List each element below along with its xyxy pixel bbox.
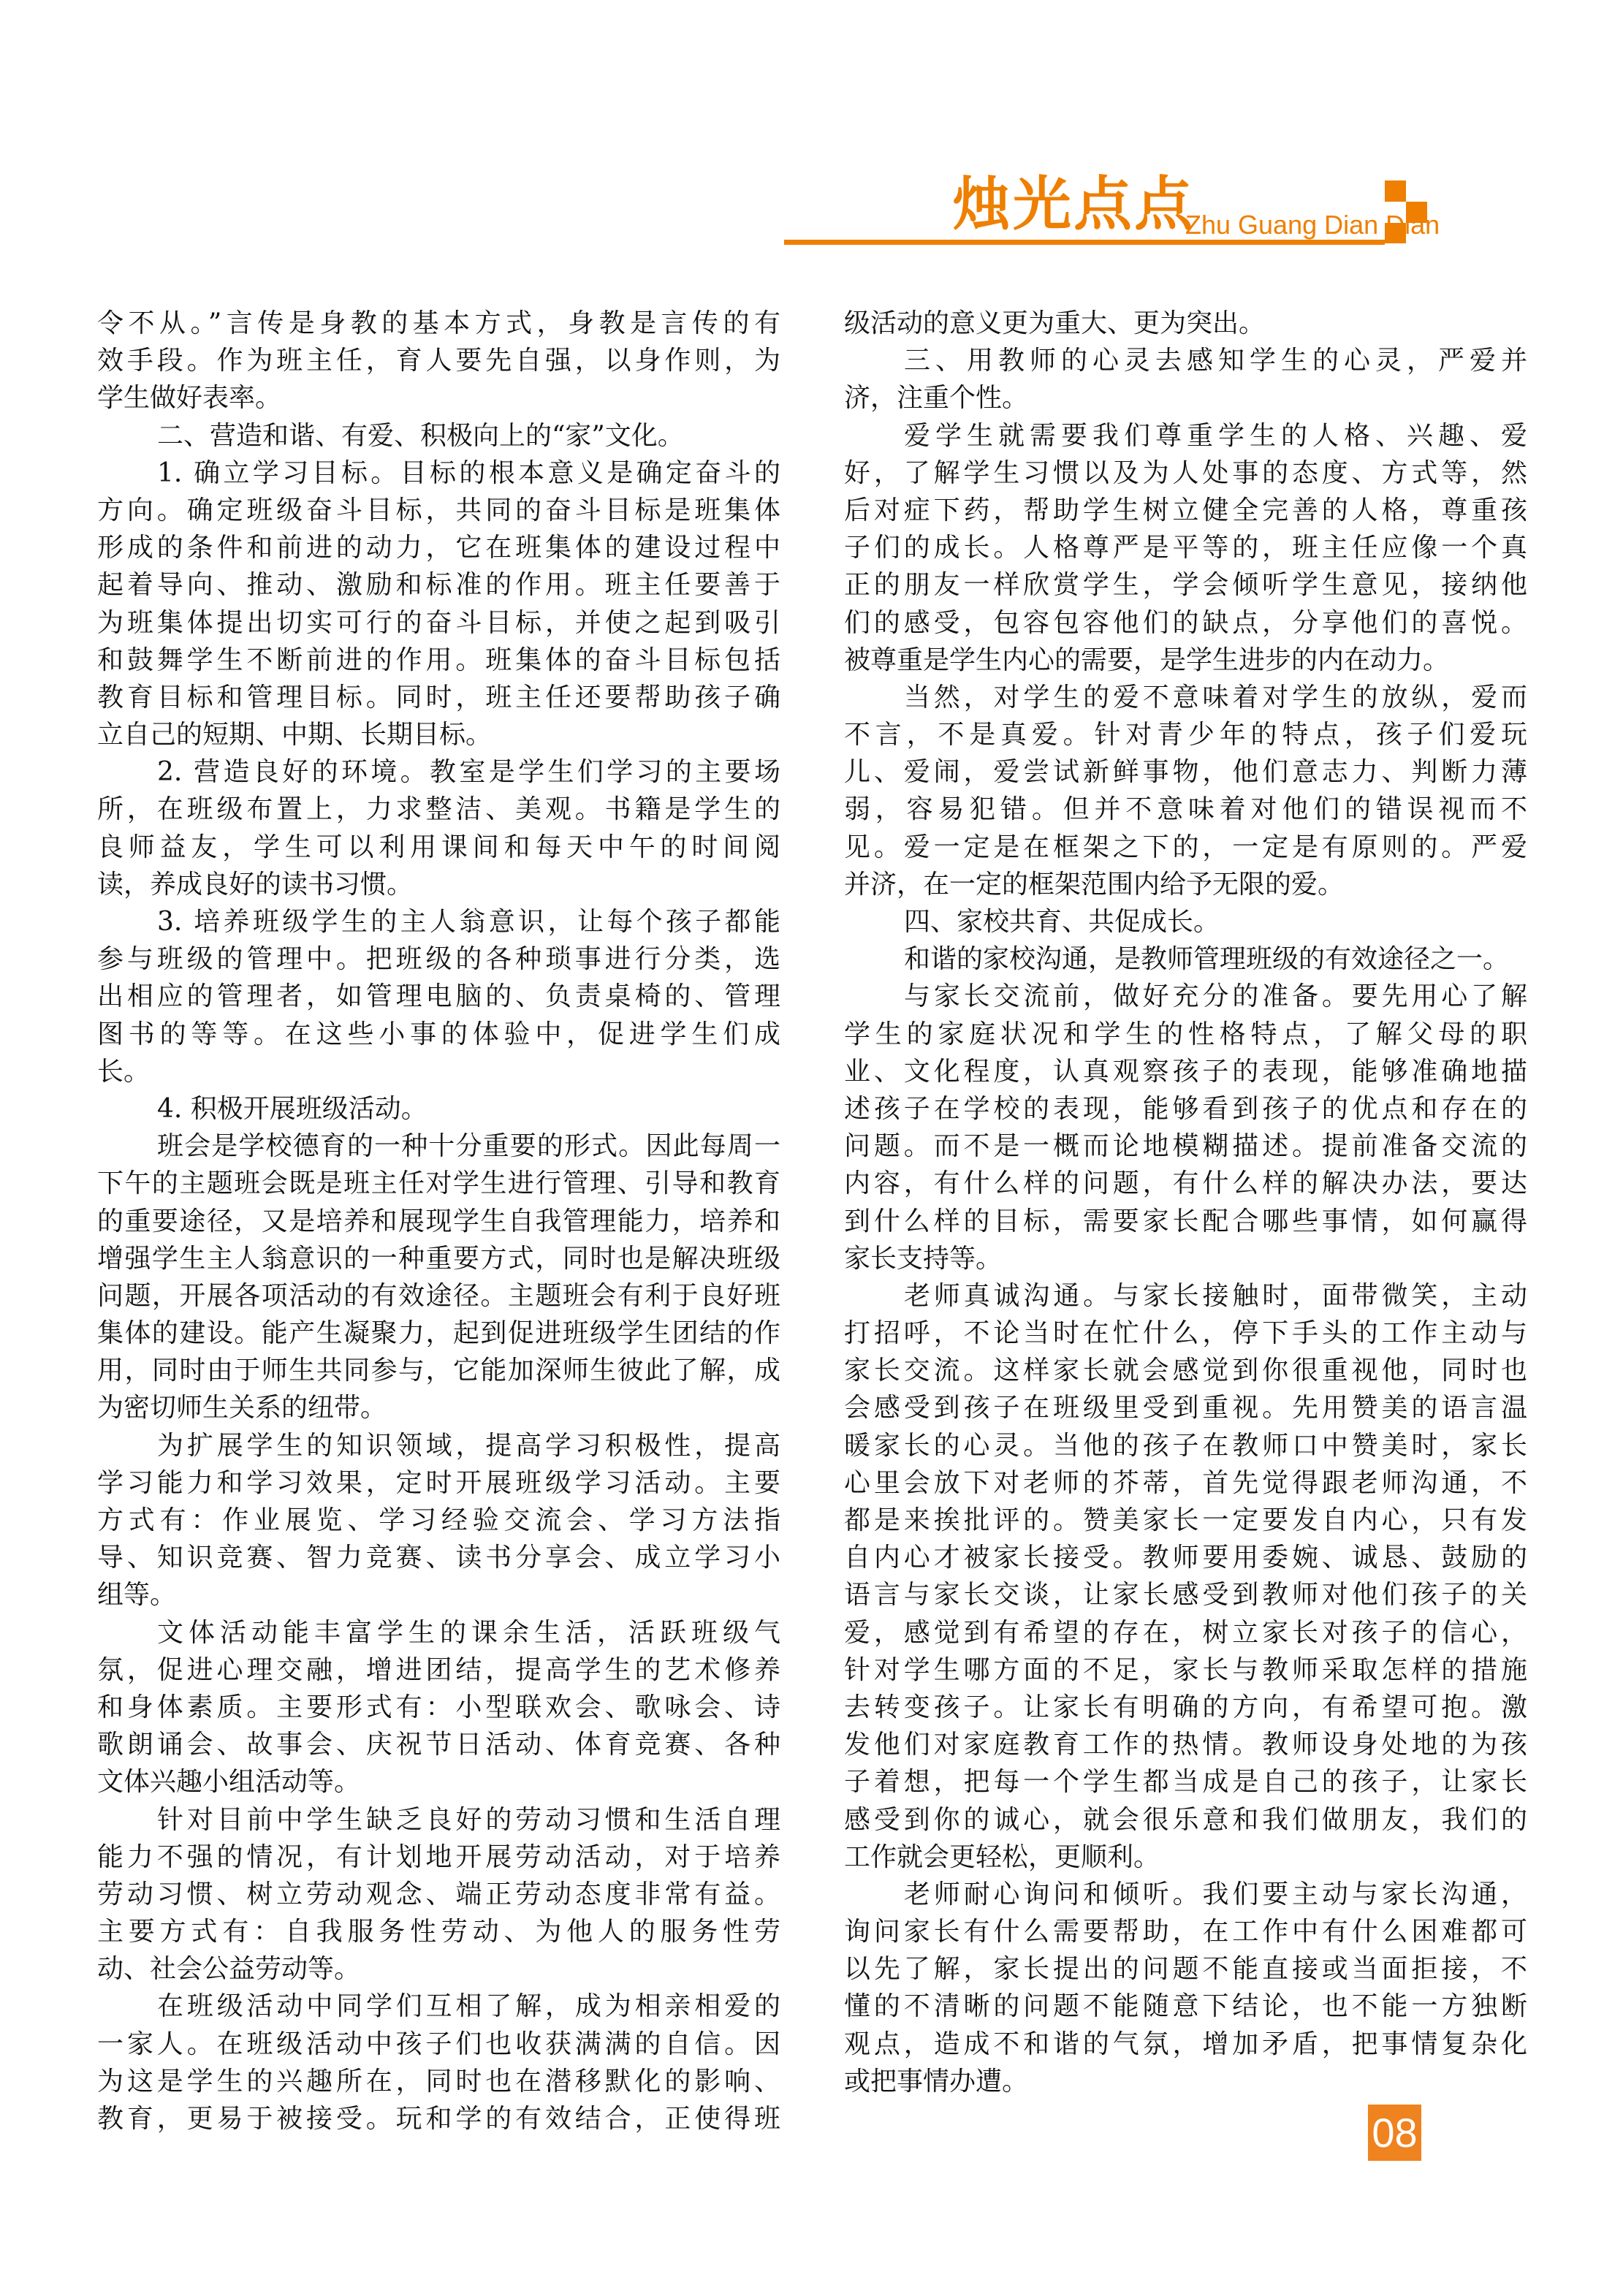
text-line: 主要方式有：自我服务性劳动、为他人的服务性劳 [97, 1913, 780, 1950]
text-line: 针对目前中学生缺乏良好的劳动习惯和生活自理 [97, 1801, 780, 1839]
page-header-title: 烛光点点 [952, 172, 1195, 235]
text-column-right: 级活动的意义更为重大、更为突出。三、用教师的心灵去感知学生的心灵，严爱并济，注重… [844, 305, 1527, 2100]
text-line: 内容，有什么样的问题，有什么样的解决办法，要达 [844, 1165, 1527, 1202]
text-line: 导、知识竞赛、智力竞赛、读书分享会、成立学习小 [97, 1539, 780, 1576]
text-line: 文体活动能丰富学生的课余生活，活跃班级气 [97, 1614, 780, 1651]
text-line: 正的朋友一样欣赏学生，学会倾听学生意见，接纳他 [844, 566, 1527, 604]
text-line: 四、家校共育、共促成长。 [844, 903, 1527, 940]
text-line: 方向。确定班级奋斗目标，共同的奋斗目标是班集体 [97, 492, 780, 529]
text-line: 读，养成良好的读书习惯。 [97, 866, 780, 903]
text-line: 方式有：作业展览、学习经验交流会、学习方法指 [97, 1502, 780, 1539]
text-line: 教育，更易于被接受。玩和学的有效结合，正使得班 [97, 2100, 780, 2137]
text-line: 一家人。在班级活动中孩子们也收获满满的自信。因 [97, 2026, 780, 2063]
text-line: 二、营造和谐、有爱、积极向上的“家”文化。 [97, 417, 780, 455]
text-line: 组等。 [97, 1576, 780, 1613]
text-line: 学习能力和学习效果，定时开展班级学习活动。主要 [97, 1464, 780, 1502]
text-line: 集体的建设。能产生凝聚力，起到促进班级学生团结的作 [97, 1315, 780, 1352]
text-line: 文体兴趣小组活动等。 [97, 1763, 780, 1801]
checker-square-icon [1406, 202, 1427, 223]
text-line: 与家长交流前，做好充分的准备。要先用心了解 [844, 978, 1527, 1015]
text-line: 立自己的短期、中期、长期目标。 [97, 716, 780, 753]
text-line: 4. 积极开展班级活动。 [97, 1090, 780, 1128]
text-line: 们的感受，包容包容他们的缺点，分享他们的喜悦。 [844, 604, 1527, 642]
checker-square-icon [1385, 223, 1406, 243]
text-line: 家长交流。这样家长就会感觉到你很重视他，同时也 [844, 1352, 1527, 1389]
text-line: 业、文化程度，认真观察孩子的表现，能够准确地描 [844, 1053, 1527, 1090]
page-number-badge: 08 [1368, 2105, 1421, 2161]
text-line: 针对学生哪方面的不足，家长与教师采取怎样的措施 [844, 1651, 1527, 1689]
text-line: 去转变孩子。让家长有明确的方向，有希望可抱。激 [844, 1689, 1527, 1726]
text-line: 到什么样的目标，需要家长配合哪些事情，如何赢得 [844, 1203, 1527, 1240]
text-line: 在班级活动中同学们互相了解，成为相亲相爱的 [97, 1988, 780, 2025]
text-line: 语言与家长交谈，让家长感受到教师对他们孩子的关 [844, 1576, 1527, 1613]
text-line: 儿、爱闹，爱尝试新鲜事物，他们意志力、判断力薄 [844, 753, 1527, 791]
text-line: 三、用教师的心灵去感知学生的心灵，严爱并 [844, 342, 1527, 379]
text-column-left: 令不从。”言传是身教的基本方式，身教是言传的有效手段。作为班主任，育人要先自强，… [97, 305, 780, 2137]
text-line: 后对症下药，帮助学生树立健全完善的人格，尊重孩 [844, 492, 1527, 529]
text-line: 2. 营造良好的环境。教室是学生们学习的主要场 [97, 753, 780, 791]
text-line: 爱，感觉到有希望的存在，树立家长对孩子的信心， [844, 1614, 1527, 1651]
text-line: 家长支持等。 [844, 1240, 1527, 1277]
text-line: 弱，容易犯错。但并不意味着对他们的错误视而不 [844, 791, 1527, 828]
text-line: 询问家长有什么需要帮助，在工作中有什么困难都可 [844, 1913, 1527, 1950]
text-line: 的重要途径，又是培养和展现学生自我管理能力，培养和 [97, 1203, 780, 1240]
text-line: 长。 [97, 1053, 780, 1090]
text-line: 问题。而不是一概而论地模糊描述。提前准备交流的 [844, 1128, 1527, 1165]
text-line: 当然，对学生的爱不意味着对学生的放纵，爱而 [844, 679, 1527, 716]
text-line: 学生做好表率。 [97, 379, 780, 417]
magazine-page: 烛光点点 Zhu Guang Dian Dian 令不从。”言传是身教的基本方式… [0, 0, 1623, 2296]
text-line: 图书的等等。在这些小事的体验中，促进学生们成 [97, 1016, 780, 1053]
text-line: 1. 确立学习目标。目标的根本意义是确定奋斗的 [97, 455, 780, 492]
text-line: 被尊重是学生内心的需要，是学生进步的内在动力。 [844, 642, 1527, 679]
text-line: 和身体素质。主要形式有：小型联欢会、歌咏会、诗 [97, 1689, 780, 1726]
text-line: 子们的成长。人格尊严是平等的，班主任应像一个真 [844, 529, 1527, 566]
text-line: 不言，不是真爱。针对青少年的特点，孩子们爱玩 [844, 716, 1527, 753]
text-line: 用，同时由于师生共同参与，它能加深师生彼此了解，成 [97, 1352, 780, 1389]
text-line: 或把事情办遭。 [844, 2063, 1527, 2100]
checker-square-icon [1385, 180, 1406, 202]
text-line: 以先了解，家长提出的问题不能直接或当面拒接，不 [844, 1950, 1527, 1988]
text-line: 感受到你的诚心，就会很乐意和我们做朋友，我们的 [844, 1801, 1527, 1839]
text-line: 教育目标和管理目标。同时，班主任还要帮助孩子确 [97, 679, 780, 716]
text-line: 见。爱一定是在框架之下的，一定是有原则的。严爱 [844, 829, 1527, 866]
text-line: 学生的家庭状况和学生的性格特点，了解父母的职 [844, 1016, 1527, 1053]
text-line: 形成的条件和前进的动力，它在班集体的建设过程中 [97, 529, 780, 566]
text-line: 观点，造成不和谐的气氛，增加矛盾，把事情复杂化 [844, 2026, 1527, 2063]
text-line: 能力不强的情况，有计划地开展劳动活动，对于培养 [97, 1839, 780, 1876]
text-line: 和谐的家校沟通，是教师管理班级的有效途径之一。 [844, 940, 1527, 978]
text-line: 起着导向、推动、激励和标准的作用。班主任要善于 [97, 566, 780, 604]
text-line: 老师真诚沟通。与家长接触时，面带微笑，主动 [844, 1277, 1527, 1315]
text-line: 班会是学校德育的一种十分重要的形式。因此每周一 [97, 1128, 780, 1165]
text-line: 为扩展学生的知识领域，提高学习积极性，提高 [97, 1427, 780, 1464]
text-line: 参与班级的管理中。把班级的各种琐事进行分类，选 [97, 940, 780, 978]
text-line: 效手段。作为班主任，育人要先自强，以身作则，为 [97, 342, 780, 379]
text-line: 好，了解学生习惯以及为人处事的态度、方式等，然 [844, 455, 1527, 492]
text-line: 打招呼，不论当时在忙什么，停下手头的工作主动与 [844, 1315, 1527, 1352]
text-line: 歌朗诵会、故事会、庆祝节日活动、体育竞赛、各种 [97, 1726, 780, 1763]
text-line: 发他们对家庭教育工作的热情。教师设身处地的为孩 [844, 1726, 1527, 1763]
text-line: 为这是学生的兴趣所在，同时也在潜移默化的影响、 [97, 2063, 780, 2100]
text-line: 下午的主题班会既是班主任对学生进行管理、引导和教育 [97, 1165, 780, 1202]
text-line: 劳动习惯、树立劳动观念、端正劳动态度非常有益。 [97, 1876, 780, 1913]
text-line: 为班集体提出切实可行的奋斗目标，并使之起到吸引 [97, 604, 780, 642]
text-line: 老师耐心询问和倾听。我们要主动与家长沟通， [844, 1876, 1527, 1913]
text-line: 为密切师生关系的纽带。 [97, 1389, 780, 1426]
text-line: 述孩子在学校的表现，能够看到孩子的优点和存在的 [844, 1090, 1527, 1128]
text-line: 并济，在一定的框架范围内给予无限的爱。 [844, 866, 1527, 903]
text-line: 令不从。”言传是身教的基本方式，身教是言传的有 [97, 305, 780, 342]
text-line: 级活动的意义更为重大、更为突出。 [844, 305, 1527, 342]
text-line: 懂的不清晰的问题不能随意下结论，也不能一方独断 [844, 1988, 1527, 2025]
text-line: 暖家长的心灵。当他的孩子在教师口中赞美时，家长 [844, 1427, 1527, 1464]
text-line: 会感受到孩子在班级里受到重视。先用赞美的语言温 [844, 1389, 1527, 1426]
text-line: 都是来挨批评的。赞美家长一定要发自内心，只有发 [844, 1502, 1527, 1539]
text-line: 自内心才被家长接受。教师要用委婉、诚恳、鼓励的 [844, 1539, 1527, 1576]
text-line: 和鼓舞学生不断前进的作用。班集体的奋斗目标包括 [97, 642, 780, 679]
text-line: 所，在班级布置上，力求整洁、美观。书籍是学生的 [97, 791, 780, 828]
text-line: 济，注重个性。 [844, 379, 1527, 417]
header-rule [784, 240, 1385, 245]
text-line: 出相应的管理者，如管理电脑的、负责桌椅的、管理 [97, 978, 780, 1015]
text-line: 氛，促进心理交融，增进团结，提高学生的艺术修养 [97, 1651, 780, 1689]
text-line: 子着想，把每一个学生都当成是自己的孩子，让家长 [844, 1763, 1527, 1801]
text-line: 增强学生主人翁意识的一种重要方式，同时也是解决班级 [97, 1240, 780, 1277]
text-line: 3. 培养班级学生的主人翁意识，让每个孩子都能 [97, 903, 780, 940]
text-line: 问题，开展各项活动的有效途径。主题班会有利于良好班 [97, 1277, 780, 1315]
text-line: 动、社会公益劳动等。 [97, 1950, 780, 1988]
text-line: 工作就会更轻松，更顺利。 [844, 1839, 1527, 1876]
text-line: 良师益友，学生可以利用课间和每天中午的时间阅 [97, 829, 780, 866]
text-line: 爱学生就需要我们尊重学生的人格、兴趣、爱 [844, 417, 1527, 455]
text-line: 心里会放下对老师的芥蒂，首先觉得跟老师沟通，不 [844, 1464, 1527, 1502]
